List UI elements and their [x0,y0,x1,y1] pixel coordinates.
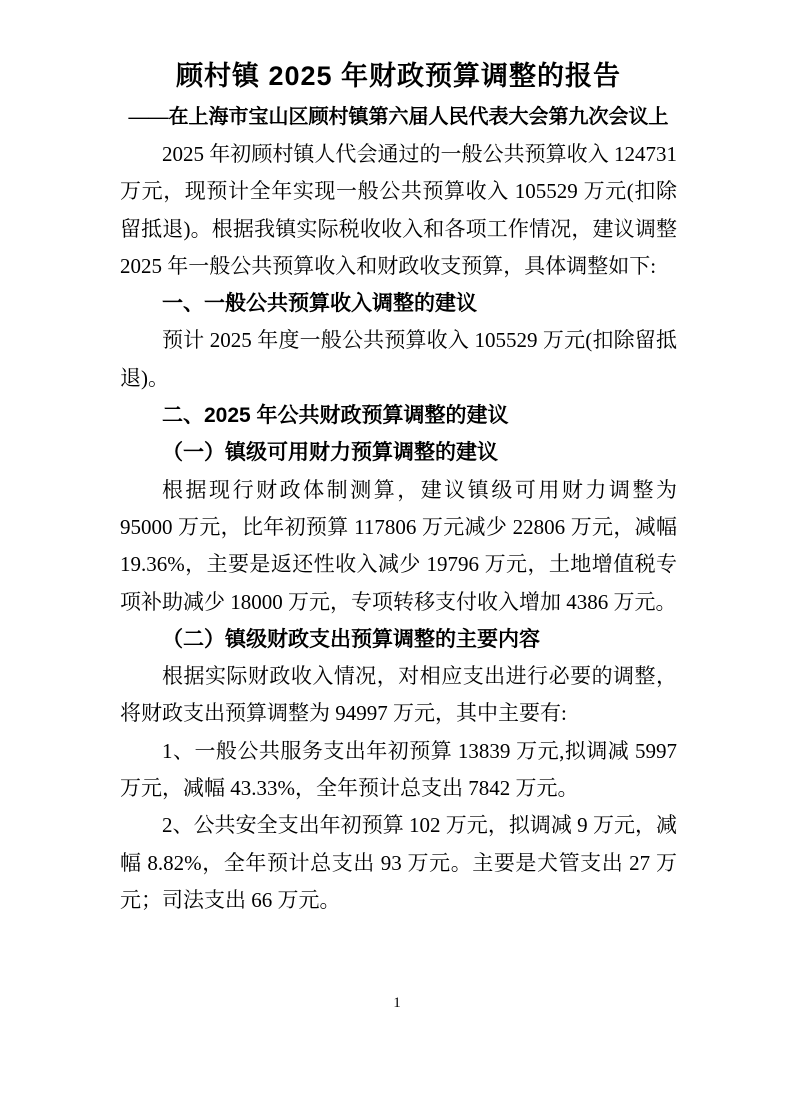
section-heading-2: 二、2025 年公共财政预算调整的建议 [120,397,677,434]
body-paragraph: 根据现行财政体制测算，建议镇级可用财力调整为 95000 万元，比年初预算 11… [120,472,677,621]
body-paragraph: 预计 2025 年度一般公共预算收入 105529 万元(扣除留抵退)。 [120,322,677,397]
subsection-heading-2-2: （二）镇级财政支出预算调整的主要内容 [120,621,677,658]
body-paragraph: 2、公共安全支出年初预算 102 万元，拟调减 9 万元，减幅 8.82%，全年… [120,807,677,919]
body-paragraph: 2025 年初顾村镇人代会通过的一般公共预算收入 124731 万元，现预计全年… [120,136,677,285]
document-subtitle: ——在上海市宝山区顾村镇第六届人民代表大会第九次会议上 [120,98,677,136]
body-paragraph: 根据实际财政收入情况，对相应支出进行必要的调整，将财政支出预算调整为 94997… [120,658,677,733]
body-paragraph: 1、一般公共服务支出年初预算 13839 万元,拟调减 5997 万元，减幅 4… [120,733,677,808]
section-heading-1: 一、一般公共预算收入调整的建议 [120,285,677,322]
document-body: 顾村镇 2025 年财政预算调整的报告 ——在上海市宝山区顾村镇第六届人民代表大… [120,54,677,919]
subsection-heading-2-1: （一）镇级可用财力预算调整的建议 [120,434,677,471]
document-page: 顾村镇 2025 年财政预算调整的报告 ——在上海市宝山区顾村镇第六届人民代表大… [0,0,794,1093]
document-title: 顾村镇 2025 年财政预算调整的报告 [120,54,677,98]
page-number: 1 [0,993,794,1013]
